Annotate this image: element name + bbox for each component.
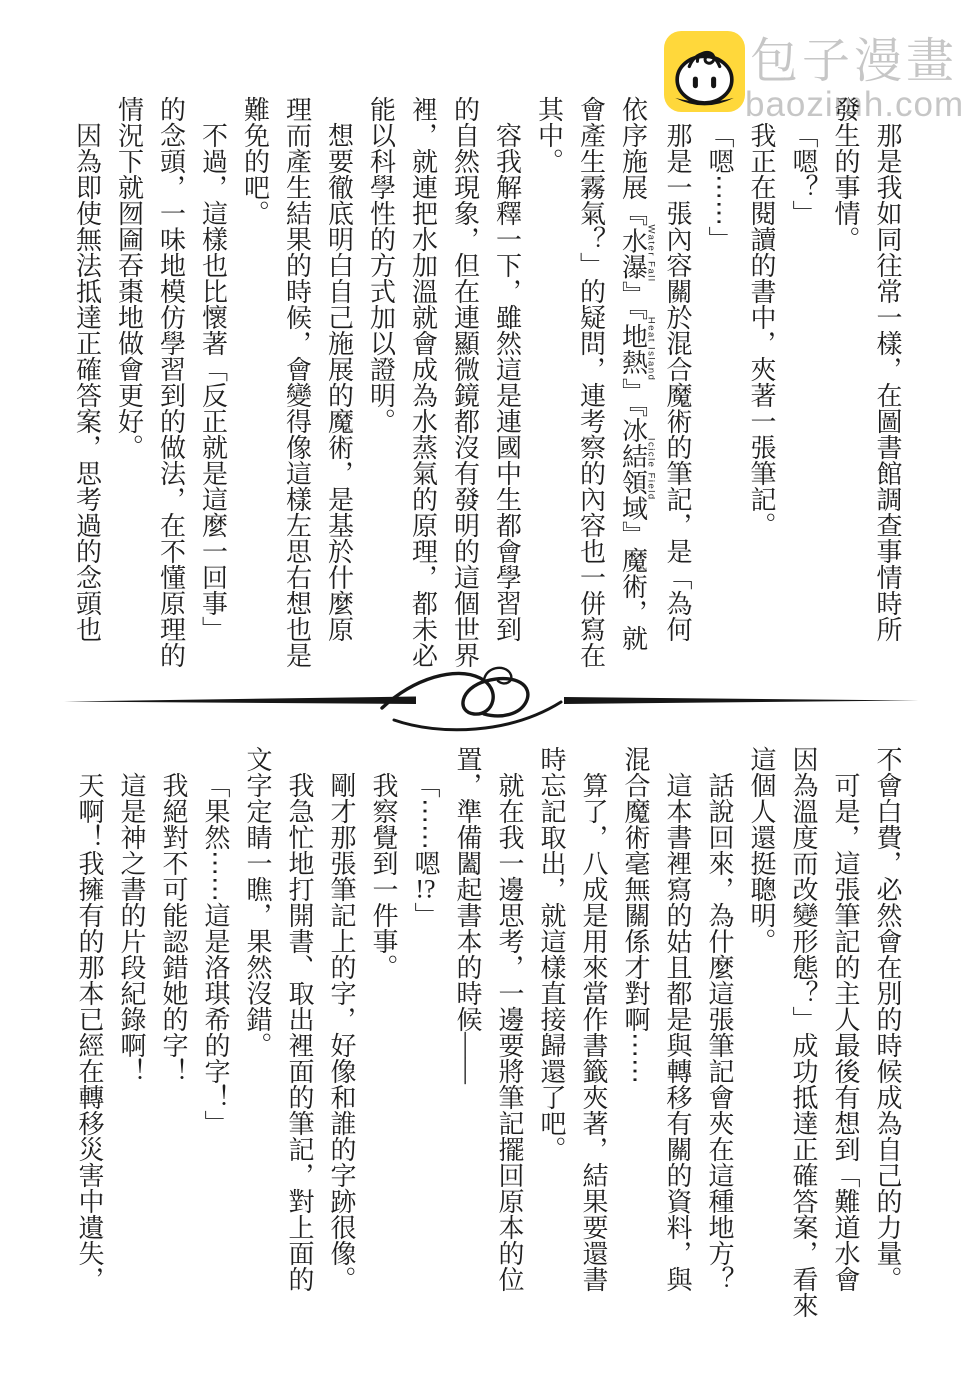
text-column: 「嗯？」 — [782, 96, 824, 681]
text-column: 置，準備闔起書本的時候—— — [446, 746, 488, 1331]
text-column: 混合魔術毫無關係才對啊⋯⋯ — [614, 746, 656, 1331]
text-column: 不過，這樣也比懷著「反正就是這麼一回事」 — [192, 96, 234, 681]
text-column: 我正在閱讀的書中，夾著一張筆記。 — [740, 96, 782, 681]
watermark-brand-text: 包子漫畫 — [750, 36, 958, 89]
text-column: 這是神之書的片段紀錄啊！ — [110, 746, 152, 1331]
text-column: 「⋯⋯嗯!?」 — [404, 746, 446, 1331]
text-column: 我急忙地打開書、取出裡面的筆記，對上面的 — [278, 746, 320, 1331]
text-block-top: 那是我如同往常一樣，在圖書館調查事情時所發生的事情。「嗯？」我正在閱讀的書中，夾… — [66, 96, 909, 681]
text-column: 算了，八成是用來當作書籤夾著，結果要還書 — [572, 746, 614, 1331]
text-column: 的自然現象，但在連顯微鏡都沒有發明的這個世界 — [444, 96, 486, 681]
text-column: 的念頭，一味地模仿學習到的做法，在不懂原理的 — [150, 96, 192, 681]
text-column: 文字定睛一瞧，果然沒錯。 — [236, 746, 278, 1331]
text-column: 情況下就囫圇吞棗地做會更好。 — [108, 96, 150, 681]
novel-page: 包子漫畫 baozimh.com 那是我如同往常一樣，在圖書館調查事情時所發生的… — [0, 0, 980, 1389]
text-column: 依序施展『水瀑Water Fall』『地熱Heat Island』『冰結領域Ic… — [612, 96, 657, 681]
text-column: 就在我一邊思考，一邊要將筆記擺回原本的位 — [488, 746, 530, 1331]
text-column: 會產生霧氣？」的疑問，連考察的內容也一併寫在 — [570, 96, 612, 681]
text-column: 那是我如同往常一樣，在圖書館調查事情時所 — [866, 96, 908, 681]
text-column: 這個人還挺聰明。 — [740, 746, 782, 1331]
text-column: 時忘記取出，就這樣直接歸還了吧。 — [530, 746, 572, 1331]
text-column: 「果然⋯⋯這是洛琪希的字！」 — [194, 746, 236, 1331]
text-column: 其中。 — [528, 96, 570, 681]
text-column: 容我解釋一下，雖然這是連國中生都會學習到 — [486, 96, 528, 681]
text-column: 這本書裡寫的姑且都是與轉移有關的資料，與 — [656, 746, 698, 1331]
text-column: 剛才那張筆記上的字，好像和誰的字跡很像。 — [320, 746, 362, 1331]
text-column: 因為即使無法抵達正確答案，思考過的念頭也 — [66, 96, 108, 681]
text-column: 「嗯⋯⋯」 — [698, 96, 740, 681]
text-column: 因為溫度而改變形態？」成功抵達正確答案，看來 — [782, 746, 824, 1331]
text-block-bottom: 不會白費，必然會在別的時候成為自己的力量。可是，這張筆記的主人最後有想到「難道水… — [68, 746, 908, 1331]
spell-name-ruby: 冰結領域Icicle Field — [619, 417, 648, 521]
text-column: 想要徹底明白自己施展的魔術，是基於什麼原 — [318, 96, 360, 681]
spell-name-ruby: 地熱Heat Island — [619, 320, 648, 378]
text-column: 我察覺到一件事。 — [362, 746, 404, 1331]
text-column: 話說回來，為什麼這張筆記會夾在這種地方？ — [698, 746, 740, 1331]
text-column: 能以科學性的方式加以證明。 — [360, 96, 402, 681]
text-column: 裡，就連把水加溫就會成為水蒸氣的原理，都未必 — [402, 96, 444, 681]
text-column: 那是一張內容關於混合魔術的筆記，是「為何 — [656, 96, 698, 681]
horizontal-in-vertical-text: !? — [411, 876, 440, 902]
text-column: 不會白費，必然會在別的時候成為自己的力量。 — [866, 746, 908, 1331]
text-column: 理而產生結果的時候，會變得像這樣左思右想也是 — [276, 96, 318, 681]
text-column: 我絕對不可能認錯她的字！ — [152, 746, 194, 1331]
text-column: 可是，這張筆記的主人最後有想到「難道水會 — [824, 746, 866, 1331]
spell-name-ruby: 水瀑Water Fall — [619, 226, 648, 281]
text-column: 天啊！我擁有的那本已經在轉移災害中遺失， — [68, 746, 110, 1331]
text-column: 難免的吧。 — [234, 96, 276, 681]
text-column: 發生的事情。 — [824, 96, 866, 681]
